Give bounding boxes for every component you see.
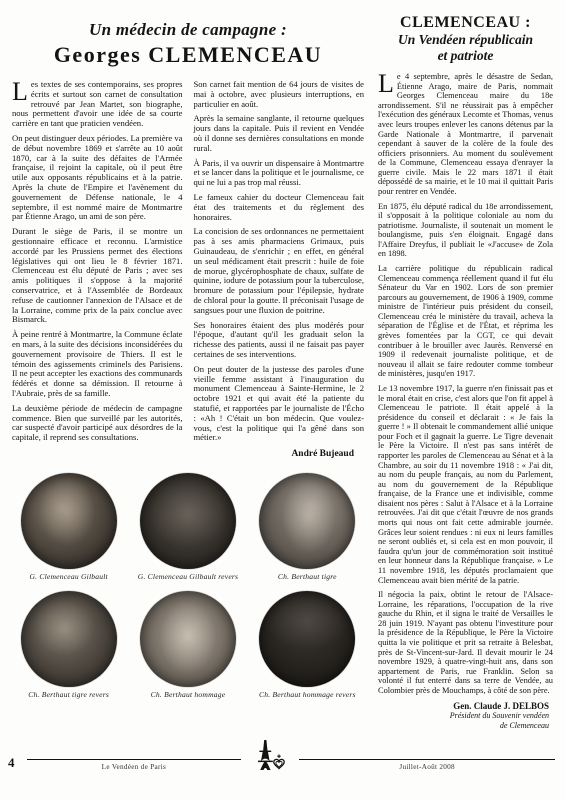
footer-right-segment: Juillet-Août 2008 xyxy=(299,759,555,771)
article-title-line1: CLEMENCEAU : xyxy=(378,14,553,32)
paragraph: On peut distinguer deux périodes. La pre… xyxy=(12,134,183,222)
medal-item: G. Clemenceau Gilbault revers xyxy=(131,473,244,581)
paragraph: Après la semaine sanglante, il retourne … xyxy=(194,114,365,153)
paragraph: La deuxième période de médecin de campag… xyxy=(12,404,183,443)
drop-cap: L xyxy=(12,80,31,102)
column-1: Les textes de ses contemporains, ses pro… xyxy=(12,80,183,459)
signature-role: de Clemenceau xyxy=(378,721,549,731)
medal-item: Ch. Berthaut hommage revers xyxy=(251,591,364,699)
article-medecin-de-campagne: Un médecin de campagne : Georges CLEMENC… xyxy=(12,12,364,731)
medal-photo-berthaut-tigre-obverse xyxy=(259,473,355,569)
column-2: Son carnet fait mention de 64 jours de v… xyxy=(194,80,365,459)
paragraph: Son carnet fait mention de 64 jours de v… xyxy=(194,80,365,109)
eiffel-tower-vendee-heart-icon xyxy=(251,739,289,778)
medal-item: Ch. Berthaut hommage xyxy=(131,591,244,699)
paragraph: À peine rentré à Montmartre, la Commune … xyxy=(12,330,183,399)
medal-item: Ch. Berthaut tigre revers xyxy=(12,591,125,699)
medal-photo-berthaut-hommage-obverse xyxy=(140,591,236,687)
paragraph: Les textes de ses contemporains, ses pro… xyxy=(12,80,183,129)
medal-item: Ch. Berthaut tigre xyxy=(251,473,364,581)
medal-photo-gilbault-obverse xyxy=(21,473,117,569)
medal-caption: Ch. Berthaut hommage xyxy=(131,690,244,699)
article-vendeen-republicain: CLEMENCEAU : Un Vendéen républicain et p… xyxy=(378,12,553,731)
issue-date: Juillet-Août 2008 xyxy=(299,763,555,771)
article-title-line3: et patriote xyxy=(378,48,553,64)
paragraph: Durant le siège de Paris, il se montre u… xyxy=(12,227,183,325)
page-number: 4 xyxy=(8,755,15,771)
paragraph: Ses honoraires étaient des plus modérés … xyxy=(194,321,365,360)
medal-caption: Ch. Berthaut hommage revers xyxy=(251,690,364,699)
medal-caption: G. Clemenceau Gilbault revers xyxy=(131,572,244,581)
medal-photo-berthaut-hommage-reverse xyxy=(259,591,355,687)
publication-name: Le Vendéen de Paris xyxy=(27,763,242,771)
medal-caption: Ch. Berthaut tigre xyxy=(251,572,364,581)
page-title: Un médecin de campagne : Georges CLEMENC… xyxy=(12,20,364,68)
article-title-line1: Un médecin de campagne : xyxy=(12,20,364,40)
page-columns: Un médecin de campagne : Georges CLEMENC… xyxy=(12,12,555,731)
paragraph-text: es textes de ses contemporains, ses prop… xyxy=(12,79,183,128)
drop-cap: L xyxy=(378,72,397,94)
medal-photo-berthaut-tigre-reverse xyxy=(21,591,117,687)
author-signature-block: Gen. Claude J. DELBOS Président du Souve… xyxy=(378,701,549,730)
page-footer: 4 Le Vendéen de Paris Juillet-Août 2008 xyxy=(8,751,555,790)
article-title-line2: Georges CLEMENCEAU xyxy=(12,42,364,68)
footer-rule xyxy=(27,759,242,760)
signature-name: Gen. Claude J. DELBOS xyxy=(378,701,549,711)
article-title-line2: Un Vendéen républicain xyxy=(378,32,553,48)
medal-caption: G. Clemenceau Gilbault xyxy=(12,572,125,581)
medal-photo-gilbault-reverse xyxy=(140,473,236,569)
paragraph: En 1875, élu député radical du 18e arron… xyxy=(378,202,553,259)
author-signature: André Bujeaud xyxy=(194,449,355,459)
medals-gallery: G. Clemenceau Gilbault G. Clemenceau Gil… xyxy=(12,473,364,699)
signature-role: Président du Souvenir vendéen xyxy=(378,711,549,721)
magazine-page: Un médecin de campagne : Georges CLEMENC… xyxy=(0,0,565,800)
paragraph: La carrière politique du républicain rad… xyxy=(378,264,553,379)
paragraph: À Paris, il va ouvrir un dispensaire à M… xyxy=(194,159,365,188)
paragraph: On peut douter de la justesse des parole… xyxy=(194,365,365,443)
paragraph: La concision de ses ordonnances ne perme… xyxy=(194,227,365,315)
article-body: Les textes de ses contemporains, ses pro… xyxy=(12,80,364,459)
paragraph: Le 4 septembre, après le désastre de Sed… xyxy=(378,72,553,197)
medal-caption: Ch. Berthaut tigre revers xyxy=(12,690,125,699)
paragraph: Le fameux cahier du docteur Clemenceau f… xyxy=(194,193,365,222)
medal-item: G. Clemenceau Gilbault xyxy=(12,473,125,581)
paragraph: Le 13 novembre 1917, la guerre n'en fini… xyxy=(378,384,553,585)
paragraph: Il négocia la paix, obtint le retour de … xyxy=(378,590,553,695)
footer-rule xyxy=(299,759,555,760)
footer-left-segment: Le Vendéen de Paris xyxy=(27,759,242,771)
sidebar-article-title: CLEMENCEAU : Un Vendéen républicain et p… xyxy=(378,14,553,63)
paragraph-text: e 4 septembre, après le désastre de Seda… xyxy=(378,72,553,196)
